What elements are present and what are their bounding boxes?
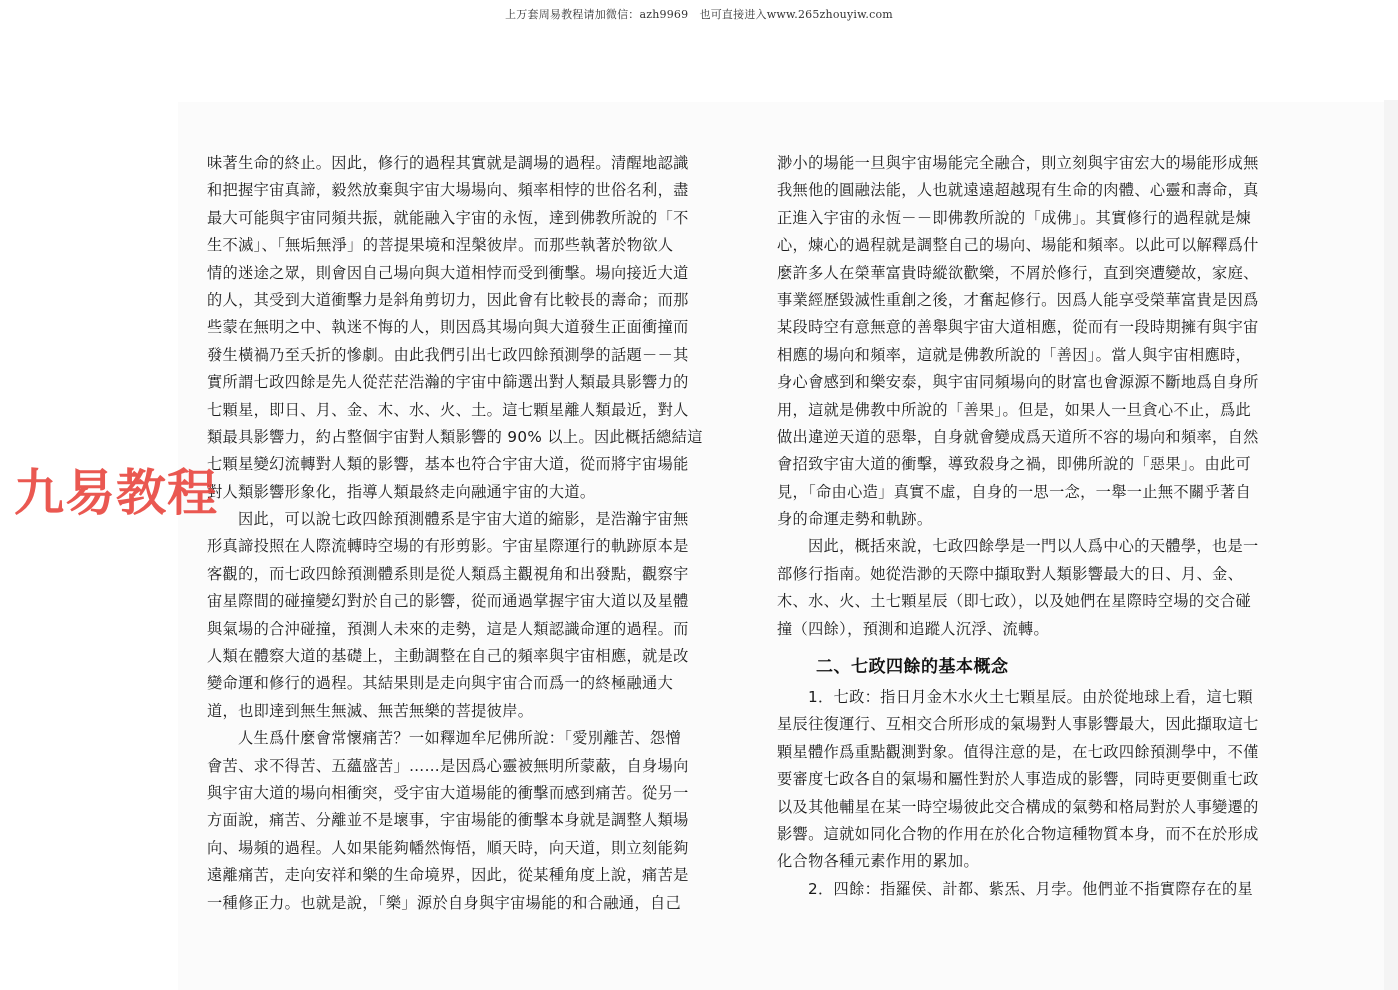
text-line: 撞（四餘），預測和追蹤人沉浮、流轉。: [777, 616, 1303, 643]
text-line: 相應的場向和頻率，這就是佛教所說的「善因」。當人與宇宙相應時，: [777, 342, 1303, 369]
text-line: 人類在體察大道的基礎上，主動調整在自己的頻率與宇宙相應，就是改: [207, 643, 723, 670]
text-line: 向、場頻的過程。人如果能夠幡然悔悟，順天時，向天道，則立刻能夠: [207, 835, 723, 862]
text-line: 要審度七政各自的氣場和屬性對於人事造成的影響，同時更要側重七政: [777, 766, 1303, 793]
right-column-body: 渺小的場能一旦與宇宙場能完全融合，則立刻與宇宙宏大的場能形成無我無他的圓融法能，…: [777, 150, 1303, 643]
text-line: 與宇宙大道的場向相衝突，受宇宙大道場能的衝擊而感到痛苦。從另一: [207, 780, 723, 807]
text-line: 情的迷途之眾，則會因自己場向與大道相悖而受到衝擊。場向接近大道: [207, 260, 723, 287]
text-line: 宙星際間的碰撞變幻對於自己的影響，從而通過掌握宇宙大道以及星體: [207, 588, 723, 615]
text-line: 渺小的場能一旦與宇宙場能完全融合，則立刻與宇宙宏大的場能形成無: [777, 150, 1303, 177]
text-line: 七顆星變幻流轉對人類的影響，基本也符合宇宙大道，從而將宇宙場能: [207, 451, 723, 478]
right-column-section-body: 1．七政：指日月金木水火土七顆星辰。由於從地球上看，這七顆星辰往復運行、互相交合…: [777, 684, 1303, 903]
text-line: 1．七政：指日月金木水火土七顆星辰。由於從地球上看，這七顆: [777, 684, 1303, 711]
text-line: 麼許多人在榮華富貴時縱欲歡樂，不屑於修行，直到突遭變故，家庭、: [777, 260, 1303, 287]
text-line: 用，這就是佛教中所說的「善果」。但是，如果人一旦貪心不止，爲此: [777, 397, 1303, 424]
text-line: 影響。這就如同化合物的作用在於化合物這種物質本身，而不在於形成: [777, 821, 1303, 848]
text-line: 對人類影響形象化，指導人類最終走向融通宇宙的大道。: [207, 479, 723, 506]
text-line: 星辰往復運行、互相交合所形成的氣場對人事影響最大，因此擷取這七: [777, 711, 1303, 738]
text-line: 七顆星，即日、月、金、木、水、火、土。這七顆星離人類最近，對人: [207, 397, 723, 424]
text-line: 遠離痛苦，走向安祥和樂的生命境界，因此，從某種角度上說，痛苦是: [207, 862, 723, 889]
text-line: 人生爲什麼會常懷痛苦？一如釋迦牟尼佛所說：「愛別離苦、怨憎: [207, 725, 723, 752]
text-line: 會苦、求不得苦、五蘊盛苦」……是因爲心靈被無明所蒙蔽，自身場向: [207, 753, 723, 780]
text-line: 生不滅」、「無垢無淨」的菩提果境和涅槃彼岸。而那些執著於物欲人: [207, 232, 723, 259]
text-line: 2．四餘：指羅侯、計都、紫炁、月孛。他們並不指實際存在的星: [777, 876, 1303, 903]
text-line: 身的命運走勢和軌跡。: [777, 506, 1303, 533]
text-line: 味著生命的終止。因此，修行的過程其實就是調場的過程。清醒地認識: [207, 150, 723, 177]
text-line: 木、水、火、土七顆星辰（即七政），以及她們在星際時空場的交合碰: [777, 588, 1303, 615]
text-line: 正進入宇宙的永恆－－即佛教所說的「成佛」。其實修行的過程就是煉: [777, 205, 1303, 232]
text-line: 心，煉心的過程就是調整自己的場向、場能和頻率。以此可以解釋爲什: [777, 232, 1303, 259]
text-line: 道，也即達到無生無滅、無苦無樂的菩提彼岸。: [207, 698, 723, 725]
text-line: 方面說，痛苦、分離並不是壞事，宇宙場能的衝擊本身就是調整人類場: [207, 807, 723, 834]
header-watermark-note: 上万套周易教程请加微信：azh9969 也可直接进入www.265zhouyiw…: [0, 6, 1398, 22]
text-line: 會招致宇宙大道的衝擊，導致殺身之禍，即佛所說的「惡果」。由此可: [777, 451, 1303, 478]
text-line: 顆星體作爲重點觀測對象。值得注意的是，在七政四餘預測學中，不僅: [777, 739, 1303, 766]
text-line: 變命運和修行的過程。其結果則是走向與宇宙合而爲一的終極融通大: [207, 670, 723, 697]
text-line: 因此，可以說七政四餘預測體系是宇宙大道的縮影，是浩瀚宇宙無: [207, 506, 723, 533]
watermark-logo: 九易教程: [14, 463, 218, 523]
text-line: 事業經歷毀滅性重創之後，才奮起修行。因爲人能享受榮華富貴是因爲: [777, 287, 1303, 314]
section-heading: 二、七政四餘的基本概念: [777, 650, 1303, 684]
text-line: 實所謂七政四餘是先人從茫茫浩瀚的宇宙中篩選出對人類最具影響力的: [207, 369, 723, 396]
text-line: 見，「命由心造」真實不虛，自身的一思一念，一舉一止無不關乎著自: [777, 479, 1303, 506]
text-line: 做出違逆天道的惡舉，自身就會變成爲天道所不容的場向和頻率，自然: [777, 424, 1303, 451]
text-line: 類最具影響力，約占整個宇宙對人類影響的 90% 以上。因此概括總結這: [207, 424, 723, 451]
text-line: 我無他的圓融法能，人也就遠遠超越現有生命的肉體、心靈和壽命，真: [777, 177, 1303, 204]
right-column: 渺小的場能一旦與宇宙場能完全融合，則立刻與宇宙宏大的場能形成無我無他的圓融法能，…: [777, 150, 1303, 903]
scan-edge: [1384, 100, 1398, 990]
text-line: 形真諦投照在人際流轉時空場的有形剪影。宇宙星際運行的軌跡原本是: [207, 533, 723, 560]
text-line: 與氣場的合沖碰撞，預測人未來的走勢，這是人類認識命運的過程。而: [207, 616, 723, 643]
text-line: 化合物各種元素作用的累加。: [777, 848, 1303, 875]
text-line: 和把握宇宙真諦，毅然放棄與宇宙大場場向、頻率相悖的世俗名利，盡: [207, 177, 723, 204]
text-line: 身心會感到和樂安泰，與宇宙同頻場向的財富也會源源不斷地爲自身所: [777, 369, 1303, 396]
text-line: 部修行指南。她從浩渺的天際中擷取對人類影響最大的日、月、金、: [777, 561, 1303, 588]
text-line: 最大可能與宇宙同頻共振，就能融入宇宙的永恆，達到佛教所說的「不: [207, 205, 723, 232]
text-line: 某段時空有意無意的善舉與宇宙大道相應，從而有一段時期擁有與宇宙: [777, 314, 1303, 341]
text-line: 因此，概括來說，七政四餘學是一門以人爲中心的天體學，也是一: [777, 533, 1303, 560]
text-line: 的人，其受到大道衝擊力是斜角剪切力，因此會有比較長的壽命；而那: [207, 287, 723, 314]
text-line: 發生橫禍乃至夭折的慘劇。由此我們引出七政四餘預測學的話題－－其: [207, 342, 723, 369]
text-line: 些蒙在無明之中、執迷不悔的人，則因爲其場向與大道發生正面衝撞而: [207, 314, 723, 341]
text-line: 以及其他輔星在某一時空場彼此交合構成的氣勢和格局對於人事變遷的: [777, 794, 1303, 821]
text-line: 客觀的，而七政四餘預測體系則是從人類爲主觀視角和出發點，觀察宇: [207, 561, 723, 588]
text-line: 一種修正力。也就是說，「樂」源於自身與宇宙場能的和合融通，自己: [207, 890, 723, 917]
left-column: 味著生命的終止。因此，修行的過程其實就是調場的過程。清醒地認識和把握宇宙真諦，毅…: [207, 150, 723, 917]
